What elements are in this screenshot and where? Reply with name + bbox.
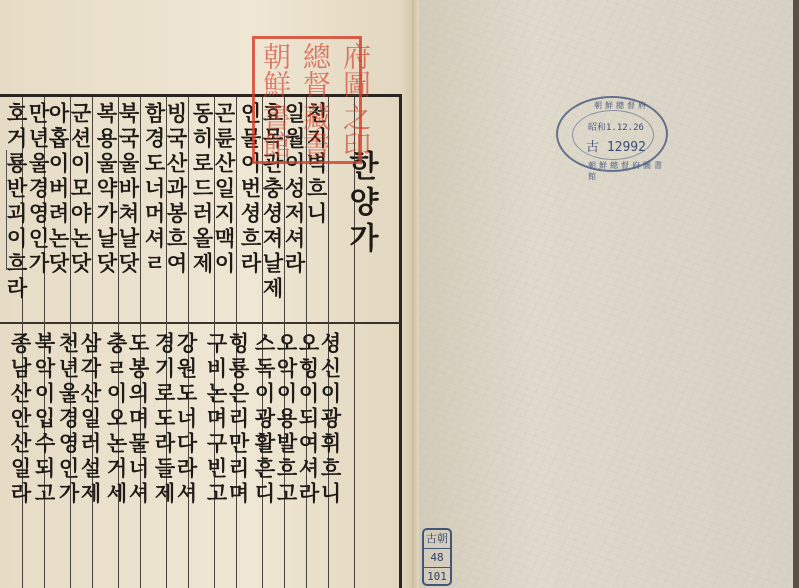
stamp-number: 古 12992 bbox=[586, 136, 646, 155]
text-column-lower: 힝룡은리만리며 bbox=[228, 332, 249, 507]
seal-char: 藏書 bbox=[295, 103, 335, 159]
seal-char: 總督 bbox=[295, 42, 335, 98]
text-column-lower: 스독이광활흔디 bbox=[254, 332, 275, 507]
text-column-lower: 충ㄹ이오논거세 bbox=[106, 332, 127, 507]
text-column-lower: 천년울경영인가 bbox=[58, 332, 79, 507]
stamp-top-text: 朝鮮總督府 bbox=[594, 100, 649, 111]
seal-char: 朝鮮 bbox=[255, 42, 295, 98]
seal-char: 之印 bbox=[335, 103, 375, 159]
stamp-bottom-text: 朝鮮總督府圖書館 bbox=[588, 160, 666, 182]
register-divider bbox=[0, 322, 400, 324]
text-column-upper: 동히로드러올제 bbox=[192, 102, 213, 277]
text-column-lower: 오악이용발흐고 bbox=[276, 332, 297, 507]
text-column-lower: 도봉의며물너셔 bbox=[128, 332, 149, 507]
stamp-date: 昭和1.12.26 bbox=[588, 120, 644, 133]
text-column-upper: 곤륜산일지맥이 bbox=[214, 102, 235, 277]
page-edge bbox=[793, 0, 799, 588]
text-column-lower: 삼각산일러설제 bbox=[80, 332, 101, 507]
shelf-label: 古朝 48 101 bbox=[422, 528, 452, 586]
text-column-lower: 구비논며구빈고 bbox=[206, 332, 227, 507]
seal-char: 書館 bbox=[255, 103, 295, 159]
text-column-lower: 강원도너다라셔 bbox=[176, 332, 197, 507]
library-seal-red: 朝鮮 總督 府圖 書館 藏書 之印 bbox=[252, 36, 362, 164]
text-column-lower: 북악이입수되고 bbox=[34, 332, 55, 507]
text-column-upper: 호거룡반괴이흐라 bbox=[6, 102, 27, 302]
text-column-lower: 경기로도라들제 bbox=[154, 332, 175, 507]
shelf-label-row: 古朝 bbox=[424, 530, 450, 549]
text-column-upper: 함경도너머셔ㄹ bbox=[144, 102, 165, 277]
shelf-label-row: 48 bbox=[424, 549, 450, 568]
text-column-upper: 빙국산과봉흐여 bbox=[166, 102, 187, 277]
text-column-lower: 셩신이광휘흐니 bbox=[320, 332, 341, 507]
acquisition-stamp: 朝鮮總督府 昭和1.12.26 古 12992 朝鮮總督府圖書館 bbox=[556, 96, 668, 172]
text-column-upper: 북국울바쳐날닷 bbox=[118, 102, 139, 277]
text-column-lower: 오힝이되여셔라 bbox=[298, 332, 319, 507]
text-column-upper: 군션이모야논닷 bbox=[70, 102, 91, 277]
shelf-label-row: 101 bbox=[424, 568, 450, 586]
seal-char: 府圖 bbox=[335, 42, 375, 98]
book-title: 한양가 bbox=[345, 150, 375, 258]
text-column-lower: 종남산안산일라 bbox=[10, 332, 31, 507]
text-column-upper: 아홉이버려논닷 bbox=[48, 102, 69, 277]
right-page-blank bbox=[419, 0, 799, 588]
text-column-upper: 복용울약가날닷 bbox=[96, 102, 117, 277]
text-column-upper: 만년울경영인가 bbox=[28, 102, 49, 277]
